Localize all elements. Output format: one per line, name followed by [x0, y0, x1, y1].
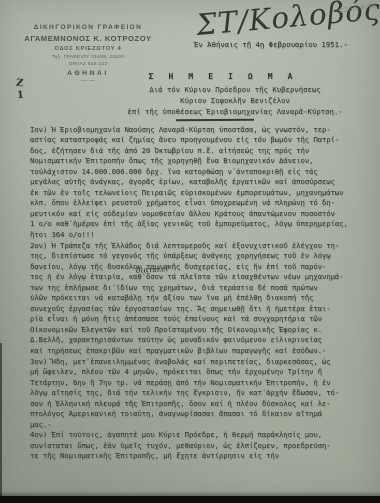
typed-line: δος, ἐζήτησεν διά τῆς ἀπό 20 Ὀκτωβρίου π… [30, 146, 376, 157]
letterhead-address: ΟΔΟΣ ΚΡΙΕΖΩΤΟΥ 4 [20, 46, 156, 52]
typed-line: πτολόγος Ἀμερικανική τοιαύτη, ἀναγνωρίσα… [30, 409, 376, 420]
typed-line: της, διεπίστωσε τό γεγονός τῆς ὑπάρξεως … [30, 251, 376, 262]
typed-line: Τετάρτην, 6ην ἤ 7ην τρ. νά περάσῃ ἀπό τή… [30, 378, 376, 389]
typed-line: λόγῳ αἴτησίς της, διά τήν τελικήν της ἔγ… [30, 388, 376, 399]
typed-line: μεγάλας αὐτῆς ἀνάγκας, ἀγορᾶς ἐρίων, κατ… [30, 177, 376, 188]
typed-line: τος ἡ ἐν λόγῳ ἑταιρία, καθ᾽ὅσον τά πλεῖσ… [30, 272, 376, 283]
typed-line: αστίας καταστροφάς καί ζημίας ἄνευ προηγ… [30, 135, 376, 146]
letterhead-phone-office: Τηλ. ΓΡΑΦΕΙΟΥ 31689, 22534 [20, 55, 156, 60]
typed-line: τοὐλάχιστον 14.000.000.000 δρχ. ἵνα κατο… [30, 167, 376, 178]
scanned-memo-page: ΔΙΚΗΓΟΡΙΚΟΝ ΓΡΑΦΕΙΟΝ ΑΓΑΜΕΜΝΟΝΟΣ Κ. ΚΟΤΡ… [0, 0, 380, 503]
typed-line: τε τῆς Νομισματικῆς Ἐπιτροπῆς, μή ἔχητε … [30, 451, 376, 462]
typed-line: ἐκ τῶν ἐν τοῖς τελωνείοις Πειραιῶς εὑρισ… [30, 188, 376, 199]
letterhead-city: ΑΘΗΝΑΙ [20, 70, 156, 77]
recipient-block: Διά τόν Κύριον Πρόεδρον τῆς ΚυβερνήσεωςΚ… [60, 85, 380, 117]
typed-line: μή ὤφειλεν, πλέον τῶν 4 μηνῶν, πρόκειται… [30, 367, 376, 378]
typed-line: ἤτοι 364 ο/ο!!! [30, 230, 376, 241]
typed-line: ρία εἶναι ἡ μόνη ἥτις ἀπέσπασε τούς ἐπαί… [30, 314, 376, 325]
letterhead-office: ΔΙΚΗΓΟΡΙΚΟΝ ΓΡΑΦΕΙΟΝ [20, 24, 156, 31]
typed-line: 1 ο/ο καθ᾽ἡμέραν ἐπί τῆς ἀξίας γενικῶς τ… [30, 219, 376, 230]
photo-edge-bottom [0, 496, 380, 503]
typed-line: συνεχοῦς ἐργασίας τῶν ἐργοστασίων της. Ἄ… [30, 304, 376, 315]
subject-underline [176, 119, 254, 121]
typed-line: κλπ. ὅπου ἐλλείψει ρευστοῦ χρήματος εἶνα… [30, 198, 376, 209]
typed-line: δανείου, λόγῳ τῆς δυσκόλου ταμιακῆς δυσχ… [30, 262, 376, 273]
typed-line: μευτικόν καί εἰς οὐδεμίαν νομοθεσίαν ἄλλ… [30, 209, 376, 220]
typed-line: συνίσταται ὅπως, ἐάν ὑμεῖς τυχόν, μεθαύρ… [30, 441, 376, 452]
typed-line: των της ἐπλήρωσε δι᾽ἰδίων της χρημάτων, … [30, 283, 376, 294]
photo-edge-left [0, 343, 2, 503]
typed-line: Δ.Βελλῆ, χαρακτηρισάντων ταύτην ὡς μοναδ… [30, 335, 376, 346]
typed-line: 3ον) Ἤδη, μετ᾽ἐπανειλημμένας ἀναβολάς κα… [30, 357, 376, 368]
memo-body: Ιον) Ἡ Ἐριοβιομηχανία Ναούσης Λαναρᾶ-Κύρ… [30, 125, 376, 463]
letterhead-phone-home: ΟΙΚΙΑΣ 619.103 [20, 62, 156, 67]
typed-line: ὑλῶν πρόκειται νά καταβάλῃ τήν ἀξίαν των… [30, 293, 376, 304]
typed-line: Οἰκονομικῶν Ἐλεγκτῶν καί τοῦ Προϊσταμένο… [30, 325, 376, 336]
letterhead-name: ΑΓΑΜΕΜΝΟΝΟΣ Κ. ΚΟΤΡΟΖΟΥ [20, 34, 156, 43]
typed-line: μας.- [30, 420, 376, 431]
recipient-line: ἐπί τῆς ὑποθέσεως Ἐριοβιομηχανίας Λαναρᾶ… [60, 107, 380, 118]
letterhead-ornament: —·— [20, 78, 156, 84]
dateline: Ἐν Ἀθήναις τῇ 4ῃ Φεβρουαρίου 1951.- [194, 40, 348, 49]
typed-line: 2ον) Ἡ Τράπεζα τῆς Ἑλλάδος διά λεπτομερο… [30, 241, 376, 252]
typed-line: 4ον) Ἐπί τούτοις, ἀγαπητέ μου Κύριε Πρόε… [30, 430, 376, 441]
pencil-margin-mark-2: 1 [17, 90, 25, 101]
memo-title: Σ Η Μ Ε Ι Ω Μ Α [142, 71, 304, 81]
letterhead: ΔΙΚΗΓΟΡΙΚΟΝ ΓΡΑΦΕΙΟΝ ΑΓΑΜΕΜΝΟΝΟΣ Κ. ΚΟΤΡ… [20, 24, 156, 84]
typed-line: Ιον) Ἡ Ἐριοβιομηχανία Ναούσης Λαναρᾶ-Κύρ… [30, 125, 376, 136]
recipient-line: Διά τόν Κύριον Πρόεδρον τῆς Κυβερνήσεως [60, 85, 380, 96]
typed-line: Νομισματικήν Ἐπιτροπήν ὅπως τῆς χορηγηθῇ… [30, 156, 376, 167]
pencil-margin-mark-1: Ζ [15, 78, 23, 90]
typed-line: σον ἡ Ἑλληνική πλευρά τῆς Ἐπιτροπῆς, ὅσο… [30, 399, 376, 410]
typed-line: καί τηρήσεως ἐπακριβῶν καί πραγματικῶν β… [30, 346, 376, 357]
recipient-line: Κύριον Σοφοκλῆν Βενιζέλον [60, 96, 380, 107]
